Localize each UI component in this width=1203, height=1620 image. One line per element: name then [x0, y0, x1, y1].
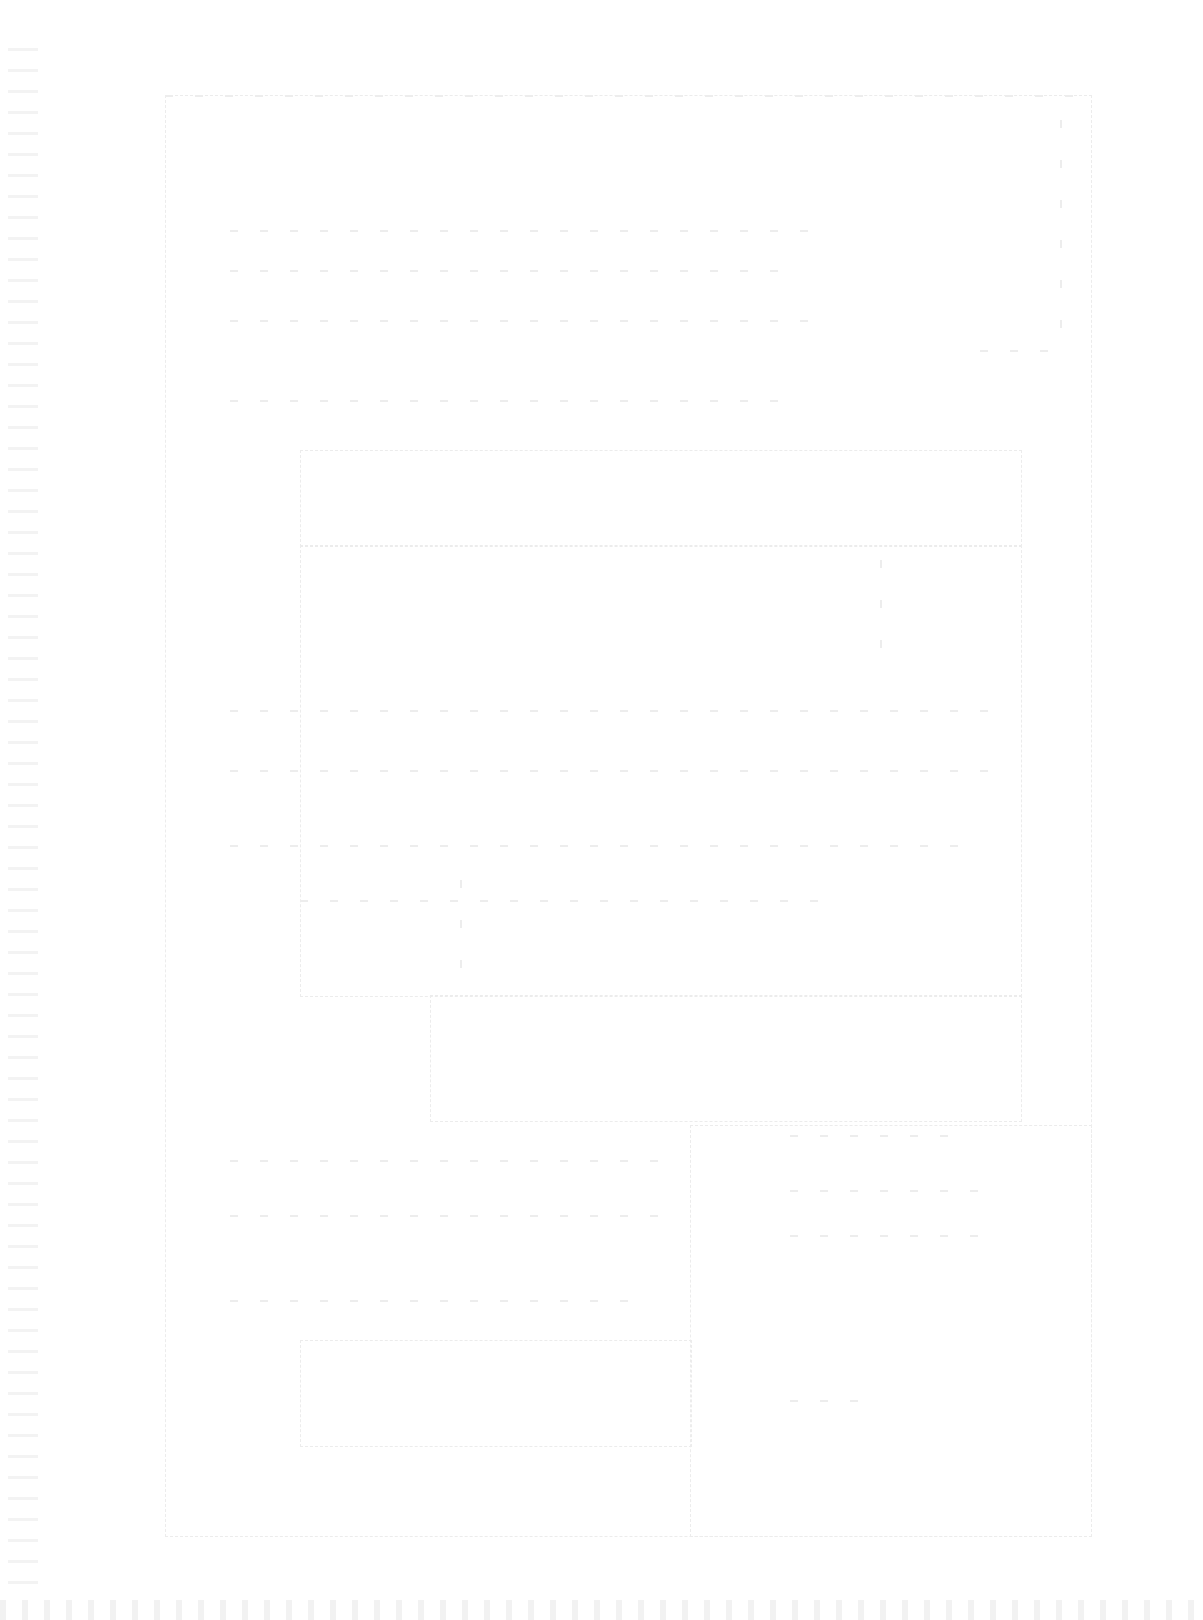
text-line: [980, 350, 1050, 352]
table-divider: [460, 880, 462, 990]
header-rule: [165, 95, 1090, 97]
text-line: [790, 1400, 870, 1402]
text-line: [230, 400, 790, 402]
text-line: [230, 845, 960, 847]
text-line: [230, 1215, 680, 1217]
text-line: [230, 320, 810, 322]
text-line: [300, 900, 830, 902]
table-divider: [880, 560, 882, 680]
right-header-column: [1060, 120, 1062, 360]
text-line: [230, 710, 990, 712]
text-line: [790, 1235, 990, 1237]
table-box-bottom-left: [300, 1340, 692, 1447]
table-box-lower: [430, 995, 1022, 1122]
text-line: [230, 230, 830, 232]
text-line: [230, 1300, 650, 1302]
table-box-upper: [300, 450, 1022, 547]
scan-margin-marks: [8, 30, 38, 1590]
text-line: [230, 1160, 680, 1162]
text-line: [790, 1190, 1000, 1192]
text-line: [230, 270, 790, 272]
text-line: [230, 770, 990, 772]
text-line: [790, 1135, 970, 1137]
scan-bottom-edge: [0, 1600, 1203, 1620]
side-panel-bottom-right: [690, 1125, 1092, 1537]
